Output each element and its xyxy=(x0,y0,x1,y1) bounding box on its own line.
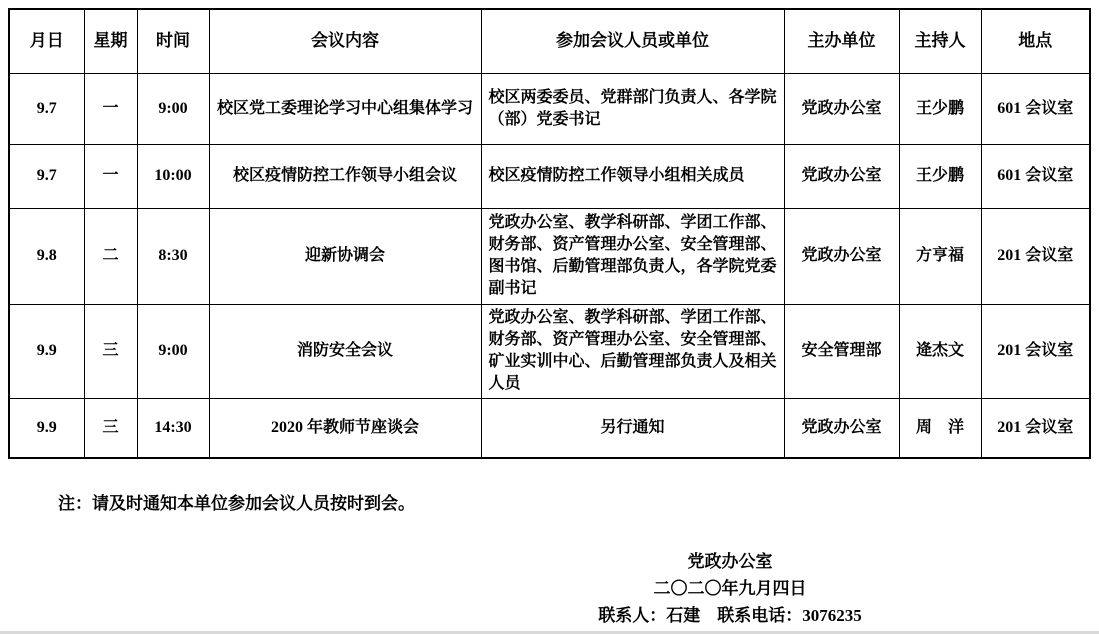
cell-date: 9.9 xyxy=(9,398,84,458)
cell-participants: 校区疫情防控工作领导小组相关成员 xyxy=(481,144,784,208)
cell-date: 9.7 xyxy=(9,73,84,144)
cell-weekday: 三 xyxy=(84,304,137,398)
cell-organizer: 党政办公室 xyxy=(784,208,899,304)
col-header-host: 主持人 xyxy=(899,9,981,73)
cell-location: 601 会议室 xyxy=(981,144,1090,208)
cell-date: 9.9 xyxy=(9,304,84,398)
table-row: 9.7 一 10:00 校区疫情防控工作领导小组会议 校区疫情防控工作领导小组相… xyxy=(9,144,1090,208)
cell-content: 消防安全会议 xyxy=(209,304,481,398)
cell-location: 201 会议室 xyxy=(981,304,1090,398)
col-header-date: 月日 xyxy=(9,9,84,73)
cell-weekday: 三 xyxy=(84,398,137,458)
cell-organizer: 安全管理部 xyxy=(784,304,899,398)
cell-time: 9:00 xyxy=(137,304,209,398)
cell-participants: 另行通知 xyxy=(481,398,784,458)
cell-participants: 校区两委委员、党群部门负责人、各学院（部）党委书记 xyxy=(481,73,784,144)
table-row: 9.8 二 8:30 迎新协调会 党政办公室、教学科研部、学团工作部、财务部、资… xyxy=(9,208,1090,304)
col-header-time: 时间 xyxy=(137,9,209,73)
table-header-row: 月日 星期 时间 会议内容 参加会议人员或单位 主办单位 主持人 地点 xyxy=(9,9,1090,73)
cell-weekday: 一 xyxy=(84,73,137,144)
cell-content: 校区党工委理论学习中心组集体学习 xyxy=(209,73,481,144)
cell-weekday: 一 xyxy=(84,144,137,208)
cell-participants: 党政办公室、教学科研部、学团工作部、财务部、资产管理办公室、安全管理部、矿业实训… xyxy=(481,304,784,398)
cell-time: 8:30 xyxy=(137,208,209,304)
signature-block: 党政办公室 二〇二〇年九月四日 联系人：石建 联系电话：3076235 xyxy=(530,548,930,629)
cell-content: 校区疫情防控工作领导小组会议 xyxy=(209,144,481,208)
col-header-organizer: 主办单位 xyxy=(784,9,899,73)
cell-weekday: 二 xyxy=(84,208,137,304)
cell-date: 9.8 xyxy=(9,208,84,304)
cell-location: 201 会议室 xyxy=(981,208,1090,304)
note-text: 注：请及时通知本单位参加会议人员按时到会。 xyxy=(58,489,1099,514)
col-header-content: 会议内容 xyxy=(209,9,481,73)
col-header-location: 地点 xyxy=(981,9,1090,73)
table-row: 9.9 三 9:00 消防安全会议 党政办公室、教学科研部、学团工作部、财务部、… xyxy=(9,304,1090,398)
meeting-schedule-table: 月日 星期 时间 会议内容 参加会议人员或单位 主办单位 主持人 地点 9.7 … xyxy=(8,8,1091,459)
cell-host: 逄杰文 xyxy=(899,304,981,398)
cell-time: 14:30 xyxy=(137,398,209,458)
cell-host: 王少鹏 xyxy=(899,73,981,144)
cell-host: 方亨福 xyxy=(899,208,981,304)
signature-contact: 联系人：石建 联系电话：3076235 xyxy=(530,602,930,629)
cell-host: 周 洋 xyxy=(899,398,981,458)
cell-time: 10:00 xyxy=(137,144,209,208)
cell-location: 601 会议室 xyxy=(981,73,1090,144)
cell-participants: 党政办公室、教学科研部、学团工作部、财务部、资产管理办公室、安全管理部、图书馆、… xyxy=(481,208,784,304)
cell-organizer: 党政办公室 xyxy=(784,398,899,458)
cell-date: 9.7 xyxy=(9,144,84,208)
col-header-participants: 参加会议人员或单位 xyxy=(481,9,784,73)
table-row: 9.9 三 14:30 2020 年教师节座谈会 另行通知 党政办公室 周 洋 … xyxy=(9,398,1090,458)
col-header-weekday: 星期 xyxy=(84,9,137,73)
cell-host: 王少鹏 xyxy=(899,144,981,208)
table-row: 9.7 一 9:00 校区党工委理论学习中心组集体学习 校区两委委员、党群部门负… xyxy=(9,73,1090,144)
signature-date: 二〇二〇年九月四日 xyxy=(530,575,930,602)
cell-organizer: 党政办公室 xyxy=(784,144,899,208)
cell-content: 2020 年教师节座谈会 xyxy=(209,398,481,458)
cell-organizer: 党政办公室 xyxy=(784,73,899,144)
cell-time: 9:00 xyxy=(137,73,209,144)
cell-content: 迎新协调会 xyxy=(209,208,481,304)
cell-location: 201 会议室 xyxy=(981,398,1090,458)
signature-department: 党政办公室 xyxy=(530,548,930,575)
